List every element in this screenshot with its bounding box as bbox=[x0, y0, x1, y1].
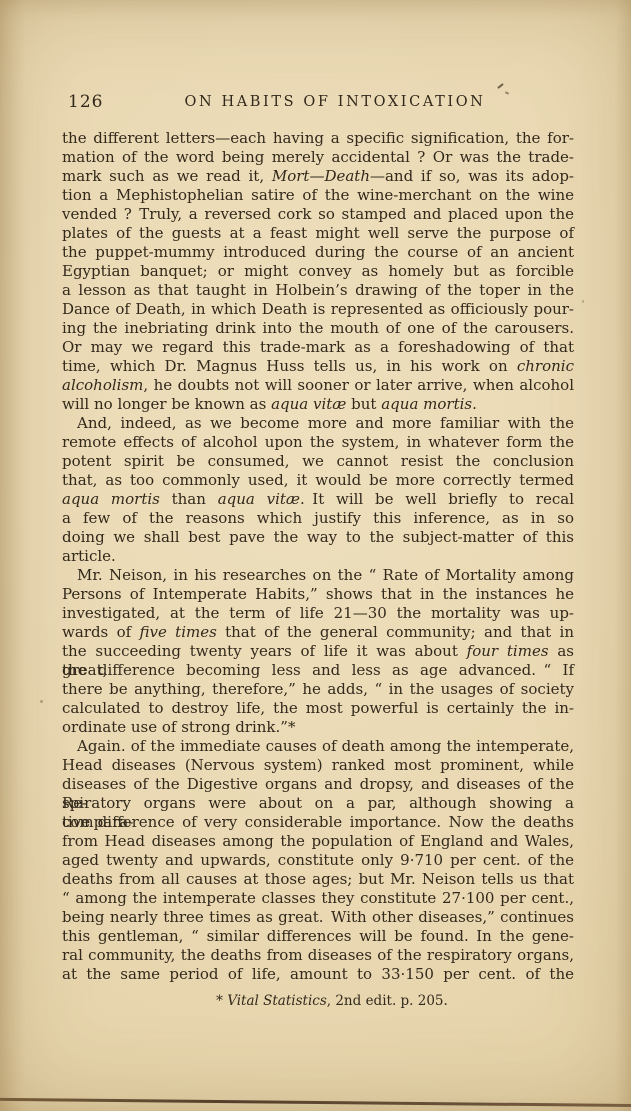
italic-text-run: aqua vitæ bbox=[271, 395, 346, 413]
text-run: ordinate use of strong drink.”* bbox=[62, 718, 295, 736]
text-run: that, as too commonly used, it would be … bbox=[62, 471, 574, 489]
text-run: at the same period of life, amount to 33… bbox=[62, 965, 574, 983]
paper-speck bbox=[40, 700, 43, 703]
text-run: . bbox=[472, 395, 477, 413]
text-run: a lesson as that taught in Holbein’s dra… bbox=[62, 281, 574, 299]
text-run: from Head diseases among the population … bbox=[62, 832, 574, 850]
text-line: vended ? Truly, a reversed cork so stamp… bbox=[62, 205, 574, 224]
text-run: Egyptian banquet; or might convey as hom… bbox=[62, 262, 574, 280]
text-run: investigated, at the term of life 21—30 … bbox=[62, 604, 574, 622]
text-run: article. bbox=[62, 547, 116, 565]
text-run: the different letters—each having a spec… bbox=[62, 129, 574, 147]
text-run: doing we shall best pave the way to the … bbox=[62, 528, 574, 546]
text-line: article. bbox=[62, 547, 574, 566]
text-line: mation of the word being merely accident… bbox=[62, 148, 574, 167]
running-title: ON HABITS OF INTOXICATION bbox=[62, 94, 574, 110]
paper-speck bbox=[582, 300, 584, 303]
text-run: calculated to destroy life, the most pow… bbox=[62, 699, 574, 717]
text-run: Or may we regard this trade-mark as a fo… bbox=[62, 338, 574, 356]
text-line: ing the inebriating drink into the mouth… bbox=[62, 319, 574, 338]
text-run: aged twenty and upwards, constitute only… bbox=[62, 851, 574, 869]
text-run: this gentleman, “ similar differences wi… bbox=[62, 927, 574, 945]
text-line: Or may we regard this trade-mark as a fo… bbox=[62, 338, 574, 357]
text-line: from Head diseases among the population … bbox=[62, 832, 574, 851]
italic-text-run: alcoholism bbox=[62, 376, 143, 394]
text-run: vended ? Truly, a reversed cork so stamp… bbox=[62, 205, 574, 223]
text-run: , he doubts not will sooner or later arr… bbox=[143, 376, 574, 394]
text-line: ordinate use of strong drink.”* bbox=[62, 718, 574, 737]
text-line: Persons of Intemperate Habits,” shows th… bbox=[62, 585, 574, 604]
text-run: Dance of Death, in which Death is repres… bbox=[62, 300, 574, 318]
text-line: tion a Mephistophelian satire of the win… bbox=[62, 186, 574, 205]
page-header: 126 ON HABITS OF INTOXICATION bbox=[62, 92, 574, 112]
text-line: the different letters—each having a spec… bbox=[62, 129, 574, 148]
text-run: * bbox=[216, 993, 227, 1009]
text-run: that of the general community; and that … bbox=[217, 623, 574, 641]
text-line: diseases of the Digestive organs and dro… bbox=[62, 775, 574, 794]
text-line: Again. of the immediate causes of death … bbox=[62, 737, 574, 756]
text-run: —and if so, was its adop- bbox=[370, 167, 574, 185]
italic-text-run: aqua mortis bbox=[62, 490, 160, 508]
text-run: there be anything, therefore,” he adds, … bbox=[62, 680, 574, 698]
text-run: the succeeding twenty years of life it w… bbox=[62, 642, 467, 660]
text-line: Dance of Death, in which Death is repres… bbox=[62, 300, 574, 319]
text-run: the difference becoming less and less as… bbox=[62, 661, 574, 679]
text-line: being nearly three times as great. With … bbox=[62, 908, 574, 927]
text-run: remote effects of alcohol upon the syste… bbox=[62, 433, 574, 451]
text-line: alcoholism, he doubts not will sooner or… bbox=[62, 376, 574, 395]
text-line: spiratory organs were about on a par, al… bbox=[62, 794, 574, 813]
text-line: time, which Dr. Magnus Huss tells us, in… bbox=[62, 357, 574, 376]
book-page: 126 ON HABITS OF INTOXICATION the differ… bbox=[0, 0, 631, 1111]
text-line: aqua mortis than aqua vitæ. It will be w… bbox=[62, 490, 574, 509]
text-run: potent spirit be consumed, we cannot res… bbox=[62, 452, 574, 470]
text-run: And, indeed, as we become more and more … bbox=[77, 414, 574, 432]
text-run: tive difference of very considerable imp… bbox=[62, 813, 574, 831]
text-line: doing we shall best pave the way to the … bbox=[62, 528, 574, 547]
italic-text-run: four times bbox=[467, 642, 549, 660]
text-line: aged twenty and upwards, constitute only… bbox=[62, 851, 574, 870]
text-line: the difference becoming less and less as… bbox=[62, 661, 574, 680]
text-run: . It will be well briefly to recal bbox=[300, 490, 574, 508]
text-line: ral community, the deaths from diseases … bbox=[62, 946, 574, 965]
text-line: mark such as we read it, Mort—Death—and … bbox=[62, 167, 574, 186]
text-run: than bbox=[160, 490, 218, 508]
text-line: calculated to destroy life, the most pow… bbox=[62, 699, 574, 718]
text-line: remote effects of alcohol upon the syste… bbox=[62, 433, 574, 452]
text-run: Head diseases (Nervous system) ranked mo… bbox=[62, 756, 574, 774]
text-line: this gentleman, “ similar differences wi… bbox=[62, 927, 574, 946]
text-line: Egyptian banquet; or might convey as hom… bbox=[62, 262, 574, 281]
text-line: the succeeding twenty years of life it w… bbox=[62, 642, 574, 661]
italic-text-run: Vital Statistics bbox=[227, 993, 327, 1009]
text-line: will no longer be known as aqua vitæ but… bbox=[62, 395, 574, 414]
text-run: tion a Mephistophelian satire of the win… bbox=[62, 186, 574, 204]
text-run: the puppet-mummy introduced during the c… bbox=[62, 243, 574, 261]
text-line: tive difference of very considerable imp… bbox=[62, 813, 574, 832]
text-run: being nearly three times as great. With … bbox=[62, 908, 574, 926]
text-line: Mr. Neison, in his researches on the “ R… bbox=[62, 566, 574, 585]
italic-text-run: Mort—Death bbox=[272, 167, 370, 185]
text-run: time, which Dr. Magnus Huss tells us, in… bbox=[62, 357, 517, 375]
text-run: mark such as we read it, bbox=[62, 167, 272, 185]
text-line: And, indeed, as we become more and more … bbox=[62, 414, 574, 433]
text-run: plates of the guests at a feast might we… bbox=[62, 224, 574, 242]
text-run: wards of bbox=[62, 623, 139, 641]
italic-text-run: chronic bbox=[517, 357, 574, 375]
text-run: , 2nd edit. p. 205. bbox=[327, 993, 448, 1009]
text-run: Persons of Intemperate Habits,” shows th… bbox=[62, 585, 574, 603]
text-line: investigated, at the term of life 21—30 … bbox=[62, 604, 574, 623]
text-run: mation of the word being merely accident… bbox=[62, 148, 574, 166]
text-run: will no longer be known as bbox=[62, 395, 271, 413]
text-line: a lesson as that taught in Holbein’s dra… bbox=[62, 281, 574, 300]
italic-text-run: five times bbox=[139, 623, 216, 641]
text-run: “ among the intemperate classes they con… bbox=[62, 889, 574, 907]
text-run: Again. of the immediate causes of death … bbox=[77, 737, 574, 755]
text-run: deaths from all causes at those ages; bu… bbox=[62, 870, 574, 888]
text-line: at the same period of life, amount to 33… bbox=[62, 965, 574, 984]
footnote: * Vital Statistics, 2nd edit. p. 205. bbox=[62, 993, 574, 1009]
ink-speck bbox=[497, 83, 504, 89]
text-line: the puppet-mummy introduced during the c… bbox=[62, 243, 574, 262]
text-run: ral community, the deaths from diseases … bbox=[62, 946, 574, 964]
text-line: “ among the intemperate classes they con… bbox=[62, 889, 574, 908]
text-run: but bbox=[346, 395, 381, 413]
text-run: a few of the reasons which justify this … bbox=[62, 509, 574, 527]
text-line: deaths from all causes at those ages; bu… bbox=[62, 870, 574, 889]
text-line: a few of the reasons which justify this … bbox=[62, 509, 574, 528]
text-line: potent spirit be consumed, we cannot res… bbox=[62, 452, 574, 471]
italic-text-run: aqua vitæ bbox=[218, 490, 300, 508]
body-text: the different letters—each having a spec… bbox=[62, 129, 574, 984]
text-line: there be anything, therefore,” he adds, … bbox=[62, 680, 574, 699]
italic-text-run: aqua mortis bbox=[381, 395, 472, 413]
text-line: plates of the guests at a feast might we… bbox=[62, 224, 574, 243]
text-run: Mr. Neison, in his researches on the “ R… bbox=[77, 566, 574, 584]
text-line: wards of five times that of the general … bbox=[62, 623, 574, 642]
text-line: Head diseases (Nervous system) ranked mo… bbox=[62, 756, 574, 775]
text-run: ing the inebriating drink into the mouth… bbox=[62, 319, 574, 337]
text-line: that, as too commonly used, it would be … bbox=[62, 471, 574, 490]
page-edge-line bbox=[0, 1097, 631, 1106]
